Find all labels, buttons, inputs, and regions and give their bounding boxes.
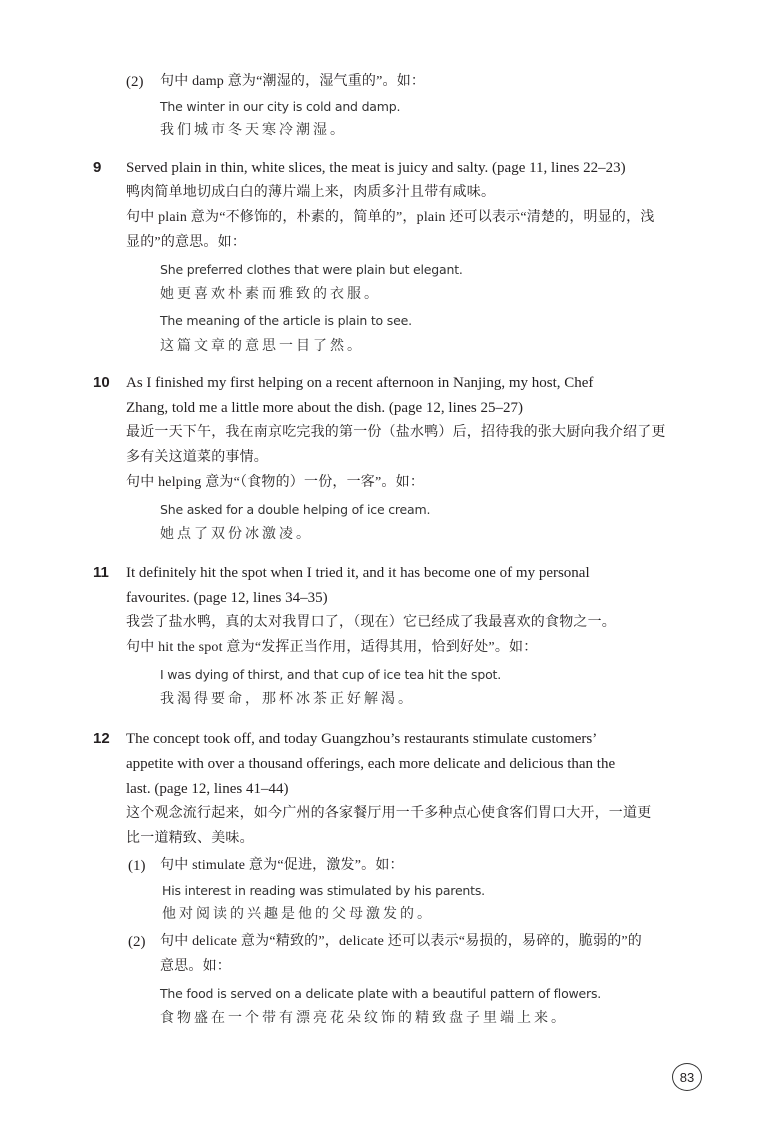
example-zh: 他对阅读的兴趣是他的父母激发的。 [162,905,434,925]
item-number: 11 [93,563,109,583]
page-number: 83 [680,1070,694,1085]
translation-line: 多有关这道菜的事情。 [126,448,268,468]
page-number-badge: 83 [672,1063,702,1091]
explanation-line: 句中 plain 意为“不修饰的，朴素的，简单的”，plain 还可以表示“清楚… [126,208,655,228]
example-zh: 食物盛在一个带有漂亮花朵纹饰的精致盘子里端上来。 [160,1009,568,1029]
item-number: 9 [93,158,101,178]
sub-label: (2) [126,72,144,92]
example-en: The meaning of the article is plain to s… [160,311,412,331]
source-line: last. (page 12, lines 41–44) [126,779,288,799]
translation-line: 我尝了盐水鸭，真的太对我胃口了，（现在）它已经成了我最喜欢的食物之一。 [126,613,616,633]
source-line: The concept took off, and today Guangzho… [126,729,597,749]
example-en: She asked for a double helping of ice cr… [160,500,430,520]
item-number: 12 [93,729,110,749]
explanation-line: 意思。如： [160,957,231,977]
explanation-line: 句中 stimulate 意为“促进，激发”。如： [160,856,404,876]
source-line: As I finished my first helping on a rece… [126,373,593,393]
source-line: Served plain in thin, white slices, the … [126,158,626,178]
example-en: His interest in reading was stimulated b… [162,881,485,901]
explanation-line: 句中 delicate 意为“精致的”，delicate 还可以表示“易损的，易… [160,932,642,952]
example-zh: 她更喜欢朴素而雅致的衣服。 [160,285,381,305]
example-zh: 我渴得要命，那杯冰茶正好解渴。 [160,690,415,710]
example-zh: 她点了双份冰激凌。 [160,525,313,545]
explanation-line: 显的”的意思。如： [126,233,246,253]
example-en: She preferred clothes that were plain bu… [160,260,463,280]
source-line: appetite with over a thousand offerings,… [126,754,615,774]
explanation-line: 句中 damp 意为“潮湿的，湿气重的”。如： [160,72,425,92]
item-number: 10 [93,373,110,393]
sub-label: (1) [128,856,146,876]
example-zh: 我们城市冬天寒冷潮湿。 [160,121,347,141]
translation-line: 最近一天下午，我在南京吃完我的第一份（盐水鸭）后，招待我的张大厨向我介绍了更 [126,423,666,443]
example-en: The winter in our city is cold and damp. [160,97,400,117]
source-line: It definitely hit the spot when I tried … [126,563,590,583]
source-line: Zhang, told me a little more about the d… [126,398,523,418]
sub-label: (2) [128,932,146,952]
translation-line: 这个观念流行起来，如今广州的各家餐厅用一千多种点心使食客们胃口大开，一道更 [126,804,651,824]
example-en: The food is served on a delicate plate w… [160,984,601,1004]
example-zh: 这篇文章的意思一目了然。 [160,337,364,357]
explanation-line: 句中 helping 意为“（食物的）一份，一客”。如： [126,473,424,493]
example-en: I was dying of thirst, and that cup of i… [160,665,501,685]
explanation-line: 句中 hit the spot 意为“发挥正当作用，适得其用，恰到好处”。如： [126,638,537,658]
translation-line: 鸭肉简单地切成白白的薄片端上来，肉质多汁且带有咸味。 [126,183,495,203]
source-line: favourites. (page 12, lines 34–35) [126,588,328,608]
translation-line: 比一道精致、美味。 [126,829,254,849]
